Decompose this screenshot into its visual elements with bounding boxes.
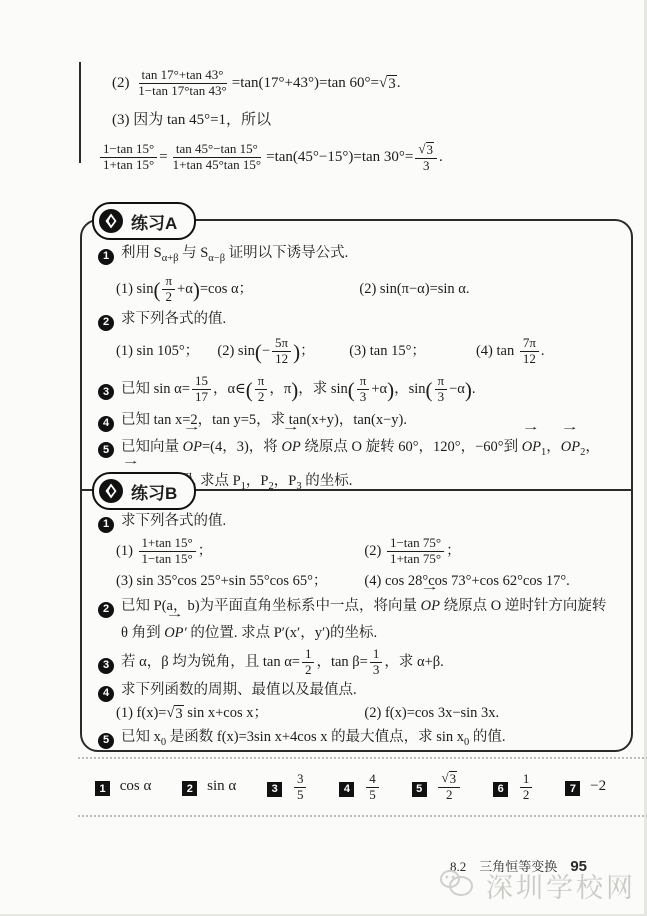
vector-arrow-icon: →	[183, 422, 202, 433]
vector: →OP	[522, 433, 541, 461]
vector-with-subscript: →OP2	[561, 433, 586, 467]
exercise-a-item-3: 3已知 sin α=1517，α∈(π2，π)，求 sin(π3+α)，sin(…	[98, 370, 623, 408]
exercise-a-section: 练习A 1利用 Sα+β 与 Sα−β 证明以下诱导公式. (1) sin(π2…	[82, 221, 631, 489]
practice-pen-icon	[98, 208, 124, 234]
subscript: 2	[580, 447, 585, 458]
watermark-logo-icon	[436, 866, 478, 905]
big-paren: )	[293, 340, 300, 364]
circled-number-badge: 4	[98, 686, 114, 702]
subscript: 0	[161, 737, 166, 748]
vector-arrow-icon: →	[282, 422, 301, 433]
fraction: 1+tan 15°1−tan 15°	[139, 536, 196, 567]
square-root: √3	[441, 771, 457, 787]
exercise-b-item-4: 4求下列函数的周期、最值以及最值点.	[98, 679, 623, 702]
fraction: 5π12	[272, 336, 291, 367]
vector-arrow-icon: →	[561, 422, 580, 433]
big-paren: )	[465, 378, 472, 402]
fraction: 35	[294, 772, 307, 803]
exercise-b-item-1-3: (3) sin 35°cos 25°+sin 55°cos 65°；	[116, 569, 364, 593]
exercise-b-item-1-2: (2) 1−tan 75°1+tan 75°；	[364, 533, 460, 569]
fraction: 1517	[192, 374, 211, 405]
subscript: α−β	[208, 253, 225, 264]
watermark-text: 深圳学校网	[486, 866, 636, 905]
fraction: π3	[357, 374, 370, 405]
fraction: 1−tan 15°1+tan 15°	[100, 142, 157, 173]
circled-number-badge: 1	[98, 249, 114, 265]
solution-line-3-equation: 1−tan 15°1+tan 15°=tan 45°−tan 15°1+tan …	[98, 134, 627, 180]
big-paren: )	[387, 378, 394, 402]
exercise-a-item-5-line-1: 5已知向量 →OP=(4，3)，将 →OP 绕原点 O 旋转 60°，120°，…	[98, 433, 623, 467]
exercise-b-header: 练习B	[92, 472, 196, 510]
circled-number-badge: 4	[98, 416, 114, 432]
circled-number-badge: 2	[98, 602, 114, 618]
vector-arrow-icon: →	[421, 582, 440, 593]
fraction: 7π12	[520, 336, 539, 367]
subscript: 1	[541, 447, 546, 458]
answer-item-4: 4 45	[339, 772, 380, 803]
fraction: π2	[255, 374, 268, 405]
square-root: √3	[379, 75, 397, 93]
square-root: √3	[166, 705, 183, 723]
textbook-page: (2) tan 17°+tan 43°1−tan 17°tan 43°=tan(…	[0, 0, 647, 916]
circled-number-badge: 3	[98, 658, 114, 674]
exercise-b-item-4-parts: (1) f(x)=√3 sin x+cos x； (2) f(x)=cos 3x…	[116, 702, 623, 725]
exercise-b-item-1-1: (1) 1+tan 15°1−tan 15°；	[116, 533, 364, 569]
solution-line-3-label: (3) 因为 tan 45°=1，所以	[112, 106, 627, 134]
fraction: 12	[520, 772, 533, 803]
square-root: √3	[418, 142, 434, 158]
exercise-a-header: 练习A	[92, 202, 196, 240]
answer-number-badge: 3	[267, 782, 282, 797]
circled-number-badge: 2	[98, 315, 114, 331]
exercise-b-item-4-2: (2) f(x)=cos 3x−sin 3x.	[364, 702, 499, 725]
exercise-b-content: 1求下列各式的值. (1) 1+tan 15°1−tan 15°； (2) 1−…	[82, 491, 631, 755]
answer-number-badge: 4	[339, 782, 354, 797]
exercise-a-item-1-2: (2) sin(π−α)=sin α.	[359, 271, 469, 307]
vector-arrow-icon: →	[522, 422, 541, 433]
fraction: 45	[366, 772, 379, 803]
fraction: tan 17°+tan 43°1−tan 17°tan 43°	[135, 68, 230, 99]
big-paren: (	[153, 278, 160, 302]
answer-number-badge: 6	[493, 782, 508, 797]
exercise-b-item-2-line-2: θ 角到 →OP′ 的位置. 求点 P′(x′，y′)的坐标.	[121, 620, 623, 646]
circled-number-badge: 5	[98, 442, 114, 458]
answer-item-1: 1 cos α	[95, 778, 151, 797]
exercise-b-item-4-1: (1) f(x)=√3 sin x+cos x；	[116, 702, 364, 725]
vector-arrow-icon: →	[166, 609, 185, 620]
exercise-a-content: 1利用 Sα+β 与 Sα−β 证明以下诱导公式. (1) sin(π2+α)=…	[82, 221, 631, 501]
answer-number-badge: 7	[565, 781, 580, 796]
solution-block: (2) tan 17°+tan 43°1−tan 17°tan 43°=tan(…	[112, 60, 627, 180]
exercise-a-item-1-parts: (1) sin(π2+α)=cos α； (2) sin(π−α)=sin α.	[116, 271, 623, 307]
exercise-a-item-1: 1利用 Sα+β 与 Sα−β 证明以下诱导公式.	[98, 241, 623, 271]
subscript: α+β	[162, 253, 179, 264]
vector: →OP′	[164, 620, 187, 646]
answers-strip: 1 cos α 2 sin α 3 35 4 45 5 √32 6 12 7 −…	[78, 757, 647, 817]
exercise-a-item-4: 4已知 tan x=2，tan y=5，求 tan(x+y)，tan(x−y).	[98, 408, 623, 433]
big-paren: (	[255, 340, 262, 364]
fraction: tan 45°−tan 15°1+tan 45°tan 15°	[170, 142, 265, 173]
exercise-a-item-1-1: (1) sin(π2+α)=cos α；	[116, 271, 359, 307]
vector: →OP	[421, 593, 440, 620]
answer-item-3: 3 35	[267, 772, 308, 803]
exercise-b-item-5: 5已知 x0 是函数 f(x)=3sin x+4cos x 的最大值点，求 si…	[98, 725, 623, 755]
fraction: √33	[415, 142, 437, 174]
big-paren: (	[246, 378, 253, 402]
exercise-b-item-3: 3若 α，β 均为锐角，且 tan α=12，tan β=13，求 α+β.	[98, 646, 623, 679]
vector: →OP	[183, 433, 202, 461]
answer-item-2: 2 sin α	[182, 778, 236, 797]
exercise-b-item-1-row-1: (1) 1+tan 15°1−tan 15°； (2) 1−tan 75°1+t…	[116, 533, 623, 569]
vector-with-subscript: →OP1	[522, 433, 547, 467]
fraction: 1−tan 75°1+tan 75°	[387, 536, 444, 567]
exercise-a-title: 练习A	[131, 209, 177, 234]
fraction: 12	[302, 647, 315, 678]
solution-margin-rule	[79, 62, 81, 163]
answer-item-5: 5 √32	[412, 771, 462, 803]
fraction: √32	[438, 771, 460, 803]
big-paren: (	[426, 378, 433, 402]
fraction: 13	[370, 647, 383, 678]
vector-arrow-icon: →	[121, 456, 140, 467]
exercise-a-item-2-3: (3) tan 15°；	[349, 332, 476, 370]
solution-line-2: (2) tan 17°+tan 43°1−tan 17°tan 43°=tan(…	[112, 60, 627, 106]
big-paren: (	[348, 378, 355, 402]
big-paren: )	[193, 278, 200, 302]
exercise-a-item-2-1: (1) sin 105°；	[116, 332, 217, 370]
answer-item-6: 6 12	[493, 772, 534, 803]
exercise-a-item-2-4: (4) tan 7π12.	[476, 332, 623, 370]
answer-item-7: 7 −2	[565, 778, 606, 797]
exercise-a-item-2: 2求下列各式的值.	[98, 307, 623, 332]
exercise-box: 练习A 1利用 Sα+β 与 Sα−β 证明以下诱导公式. (1) sin(π2…	[80, 219, 633, 752]
exercise-b-title: 练习B	[131, 479, 177, 504]
exercise-b-item-1-row-2: (3) sin 35°cos 25°+sin 55°cos 65°； (4) c…	[116, 569, 623, 593]
vector: →OP	[281, 433, 300, 461]
answer-number-badge: 5	[412, 782, 427, 797]
fraction: π2	[162, 274, 175, 305]
vector: →OP	[561, 433, 580, 461]
exercise-a-item-2-parts: (1) sin 105°； (2) sin(−5π12)； (3) tan 15…	[116, 332, 623, 370]
answer-number-badge: 2	[182, 781, 197, 796]
exercise-b-item-1: 1求下列各式的值.	[98, 510, 623, 533]
exercise-a-item-2-2: (2) sin(−5π12)；	[217, 332, 349, 370]
circled-number-badge: 1	[98, 517, 114, 533]
big-paren: )	[291, 378, 298, 402]
exercise-b-section: 练习B 1求下列各式的值. (1) 1+tan 15°1−tan 15°； (2…	[82, 489, 631, 748]
subscript: 0	[464, 737, 469, 748]
watermark: 深圳学校网	[436, 866, 636, 905]
answer-number-badge: 1	[95, 781, 110, 796]
practice-pen-icon	[98, 478, 124, 504]
circled-number-badge: 3	[98, 384, 114, 400]
circled-number-badge: 5	[98, 733, 114, 749]
fraction: π3	[435, 374, 448, 405]
exercise-b-item-1-4: (4) cos 28°cos 73°+cos 62°cos 17°.	[364, 569, 569, 593]
